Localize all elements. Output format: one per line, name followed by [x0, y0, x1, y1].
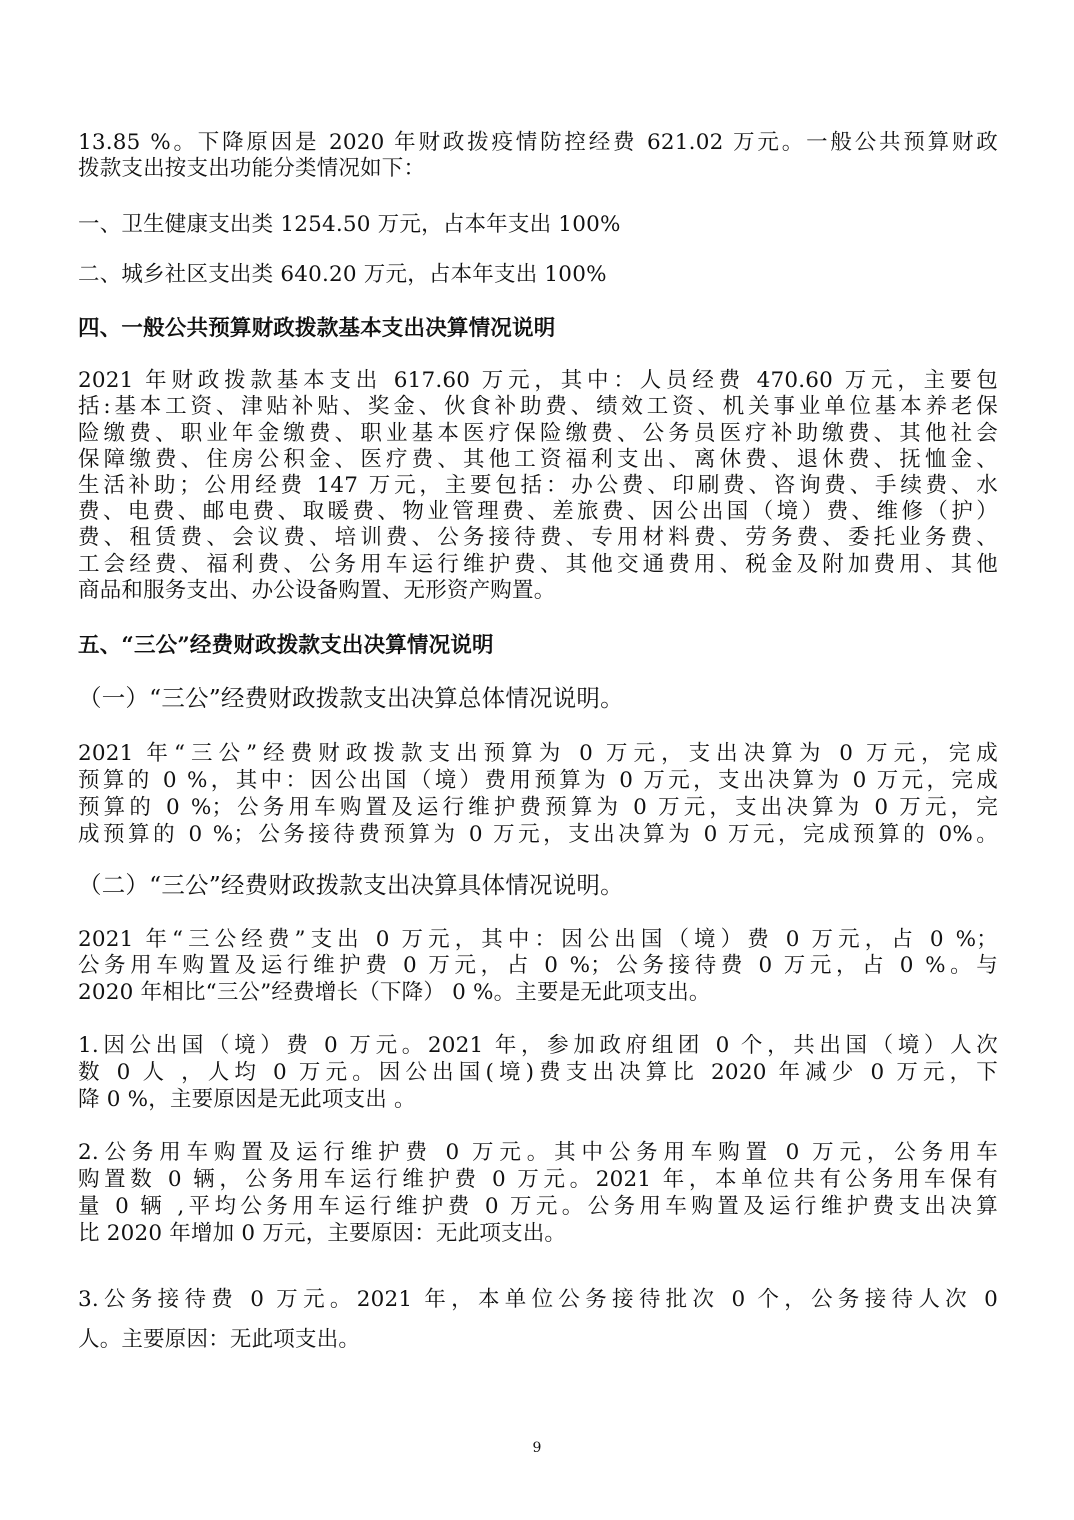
paragraph-line: 险缴费、职业年金缴费、职业基本医疗保险缴费、公务员医疗补助缴费、其他社会: [78, 421, 998, 447]
paragraph-line: 工会经费、福利费、公务用车运行维护费、其他交通费用、税金及附加费用、其他: [78, 552, 998, 578]
paragraph-line: 3.公务接待费 0 万元。2021 年，本单位公务接待批次 0 个，公务接待人次…: [78, 1287, 998, 1313]
document-page: 13.85 %。下降原因是 2020 年财政拨疫情防控经费 621.02 万元。…: [0, 0, 1074, 1520]
paragraph-line: 2021 年财政拨款基本支出 617.60 万元，其中：人员经费 470.60 …: [78, 368, 998, 394]
paragraph-line: 2021 年“三公”经费财政拨款支出预算为 0 万元，支出决算为 0 万元，完成: [78, 741, 998, 767]
paragraph-line: 1.因公出国（境）费 0 万元。2021 年，参加政府组团 0 个，共出国（境）…: [78, 1033, 998, 1059]
section-heading: 四、一般公共预算财政拨款基本支出决算情况说明: [78, 316, 998, 342]
paragraph-line: 降 0 %，主要原因是无此项支出 。: [78, 1087, 998, 1113]
section-heading: 五、“三公”经费财政拨款支出决算情况说明: [78, 633, 998, 659]
intro-line: 13.85 %。下降原因是 2020 年财政拨疫情防控经费 621.02 万元。…: [78, 130, 998, 156]
paragraph-line: 预算的 0 %；公务用车购置及运行维护费预算为 0 万元，支出决算为 0 万元，…: [78, 795, 998, 821]
paragraph-line: 商品和服务支出、办公设备购置、无形资产购置。: [78, 578, 998, 604]
subsection-heading: （一）“三公”经费财政拨款支出决算总体情况说明。: [78, 685, 998, 711]
paragraph-line: 公务用车购置及运行维护费 0 万元，占 0 %；公务接待费 0 万元，占 0 %…: [78, 953, 998, 979]
function-item: 二、城乡社区支出类 640.20 万元，占本年支出 100%: [78, 262, 998, 288]
paragraph-line: 预算的 0 %，其中：因公出国（境）费用预算为 0 万元，支出决算为 0 万元，…: [78, 768, 998, 794]
paragraph-line: 2020 年相比“三公”经费增长（下降） 0 %。主要是无此项支出。: [78, 980, 998, 1006]
paragraph-line: 2021 年“三公经费”支出 0 万元，其中：因公出国（境）费 0 万元，占 0…: [78, 927, 998, 953]
paragraph-line: 2.公务用车购置及运行维护费 0 万元。其中公务用车购置 0 万元，公务用车: [78, 1140, 998, 1166]
paragraph-line: 数 0 人 ，人均 0 万元。因公出国(境)费支出决算比 2020 年减少 0 …: [78, 1060, 998, 1086]
paragraph-line: 生活补助；公用经费 147 万元，主要包括：办公费、印刷费、咨询费、手续费、水: [78, 473, 998, 499]
paragraph-line: 购置数 0 辆，公务用车运行维护费 0 万元。2021 年，本单位共有公务用车保…: [78, 1167, 998, 1193]
paragraph-line: 比 2020 年增加 0 万元，主要原因：无此项支出。: [78, 1221, 998, 1247]
paragraph-line: 人。主要原因：无此项支出。: [78, 1327, 998, 1353]
subsection-heading: （二）“三公”经费财政拨款支出决算具体情况说明。: [78, 872, 998, 898]
paragraph-line: 费、租赁费、会议费、培训费、公务接待费、专用材料费、劳务费、委托业务费、: [78, 525, 998, 551]
paragraph-line: 量 0 辆 ,平均公务用车运行维护费 0 万元。公务用车购置及运行维护费支出决算: [78, 1194, 998, 1220]
intro-line: 拨款支出按支出功能分类情况如下：: [78, 156, 998, 182]
paragraph-line: 费、电费、邮电费、取暖费、物业管理费、差旅费、因公出国（境）费、维修（护）: [78, 499, 998, 525]
paragraph-line: 括:基本工资、津贴补贴、奖金、伙食补助费、绩效工资、机关事业单位基本养老保: [78, 394, 998, 420]
paragraph-line: 成预算的 0 %；公务接待费预算为 0 万元，支出决算为 0 万元，完成预算的 …: [78, 822, 998, 848]
paragraph-line: 保障缴费、住房公积金、医疗费、其他工资福利支出、离休费、退休费、抚恤金、: [78, 447, 998, 473]
page-number: 9: [0, 1440, 1074, 1456]
function-item: 一、卫生健康支出类 1254.50 万元，占本年支出 100%: [78, 212, 998, 238]
